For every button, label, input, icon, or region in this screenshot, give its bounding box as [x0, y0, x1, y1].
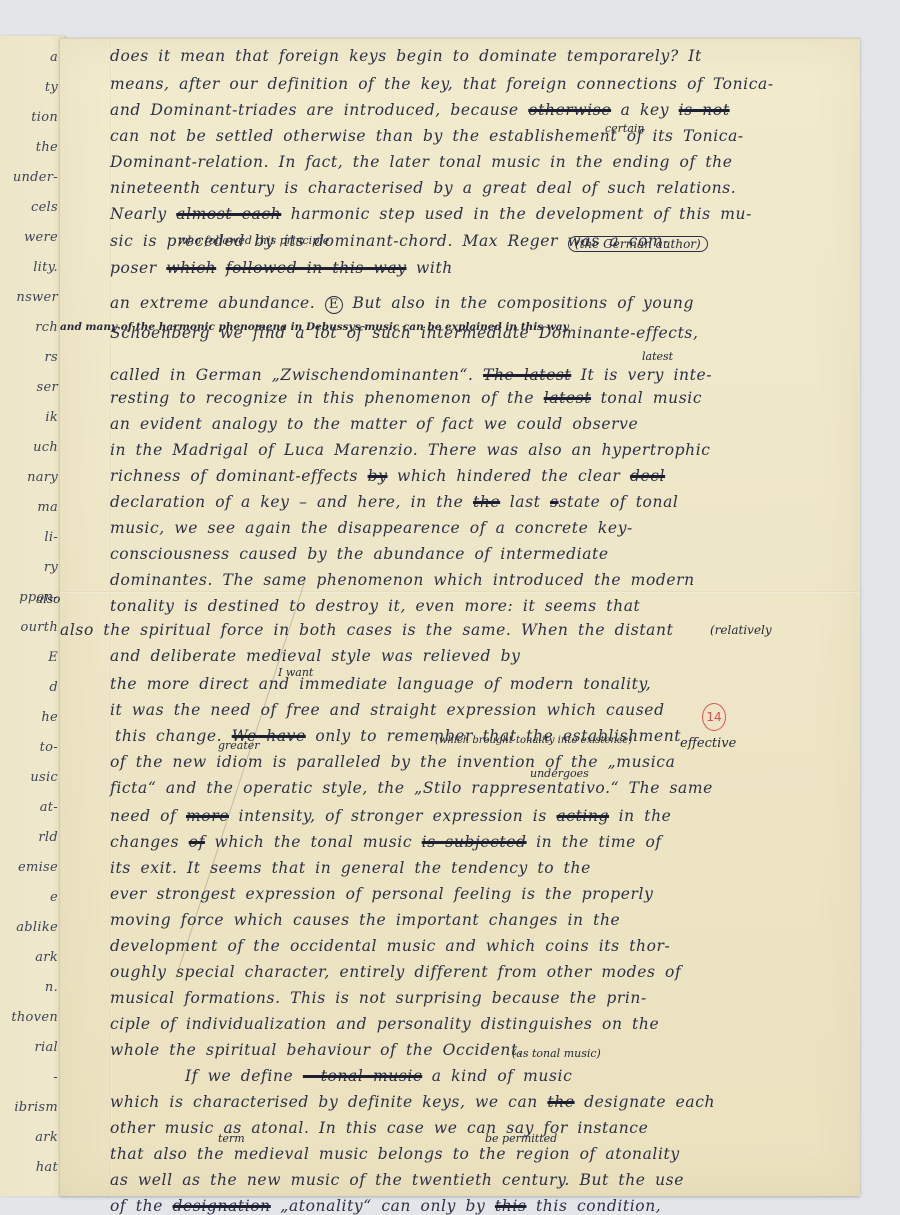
- manuscript-line: it was the need of free and straight exp…: [110, 701, 665, 719]
- manuscript-line: musical formations. This is not surprisi…: [110, 989, 647, 1007]
- underlying-text-fragment: usic: [30, 770, 58, 785]
- manuscript-line: its exit. It seems that in general the t…: [110, 859, 591, 877]
- manuscript-line: an evident analogy to the matter of fact…: [110, 415, 638, 433]
- manuscript-line: changes of which the tonal music is subj…: [110, 833, 662, 851]
- underlying-text-fragment: rs: [45, 350, 59, 365]
- line-text: last: [500, 493, 550, 511]
- manuscript-line: and Dominant-triades are introduced, bec…: [110, 101, 730, 119]
- manuscript-line: Schoenberg we find a lot of such interme…: [110, 324, 699, 342]
- insertion-relatively: (relatively: [710, 623, 772, 637]
- struck-text: the: [547, 1093, 574, 1111]
- line-text: tonal music: [591, 389, 702, 407]
- manuscript-line: which is characterised by definite keys,…: [110, 1093, 715, 1111]
- manuscript-line: does it mean that foreign keys begin to …: [110, 47, 702, 65]
- manuscript-line: sic is preceded by its dominant-chord. M…: [110, 232, 669, 250]
- underlying-text-fragment: under-: [13, 170, 58, 185]
- line-text: It is very inte-: [571, 366, 712, 384]
- underlying-text-fragment: ablike: [16, 920, 58, 935]
- manuscript-line: resting to recognize in this phenomenon …: [110, 389, 702, 407]
- line-text: only to remember that the establishment: [306, 727, 681, 745]
- struck-text: designation: [173, 1197, 271, 1215]
- line-text: But also in the compositions of young: [343, 294, 694, 312]
- insertion-as-tonal-music: (as tonal music): [512, 1047, 601, 1060]
- underlying-text-fragment: he: [41, 710, 58, 725]
- line-text: in the: [609, 807, 671, 825]
- struck-text: by: [368, 467, 388, 485]
- underlying-text-fragment: a: [50, 50, 58, 65]
- line-text: in the time of: [527, 833, 662, 851]
- underlying-text-fragment: were: [24, 230, 58, 245]
- line-text: need of: [110, 807, 186, 825]
- manuscript-line: ever strongest expression of personal fe…: [110, 885, 653, 903]
- struck-text: more: [186, 807, 229, 825]
- line-text: this condition,: [526, 1197, 661, 1215]
- line-text: with: [407, 259, 453, 277]
- underlying-text-fragment: to-: [40, 740, 58, 755]
- underlying-text-fragment: n.: [45, 980, 58, 995]
- manuscript-line: can not be settled otherwise than by the…: [110, 127, 744, 145]
- underlying-text-fragment: -: [53, 1070, 58, 1085]
- underlying-text-fragment: d: [49, 680, 58, 695]
- manuscript-line: and deliberate medieval style was reliev…: [110, 647, 520, 665]
- struck-text: is not: [679, 101, 730, 119]
- manuscript-line: of the new idiom is paralleled by the in…: [110, 753, 675, 771]
- struck-text: decl: [630, 467, 665, 485]
- line-text: Nearly: [110, 205, 176, 223]
- manuscript-line: of the designation „atonality“ can only …: [110, 1197, 661, 1215]
- insertion-latest: latest: [642, 350, 673, 363]
- manuscript-line: consciousness caused by the abundance of…: [110, 545, 609, 563]
- underlying-text-fragment: ik: [45, 410, 58, 425]
- struck-text: of: [189, 833, 205, 851]
- line-text: which is characterised by definite keys,…: [110, 1093, 547, 1111]
- underlying-text-fragment: ma: [37, 500, 58, 515]
- line-text: richness of dominant-effects: [110, 467, 368, 485]
- line-text: harmonic step used in the development of…: [281, 205, 752, 223]
- underlying-text-fragment: thoven: [11, 1010, 58, 1025]
- line-text: poser: [110, 259, 166, 277]
- struck-text: The latest: [483, 366, 571, 384]
- line-text: an extreme abundance.: [110, 294, 325, 312]
- struck-text: is subjected: [422, 833, 527, 851]
- underlying-text-fragment: lity.: [33, 260, 58, 275]
- line-text: a kind of music: [422, 1067, 572, 1085]
- struck-text: otherwise: [528, 101, 611, 119]
- underlying-text-fragment: ty: [45, 80, 58, 95]
- struck-text: acting: [556, 807, 609, 825]
- underlying-text-fragment: ser: [37, 380, 58, 395]
- struck-text: this: [495, 1197, 527, 1215]
- underlying-text-fragment: rld: [38, 830, 58, 845]
- manuscript-line: declaration of a key – and here, in the …: [110, 493, 678, 511]
- manuscript-line: ciple of individualization and personali…: [110, 1015, 659, 1033]
- underlying-text-fragment: e: [50, 890, 58, 905]
- margin-also: also: [36, 592, 60, 606]
- underlying-page-fragment: atytiontheunder-celswerelity.nswerrchrss…: [0, 36, 65, 1196]
- manuscript-sheet: certain who followed this principle (the…: [60, 38, 860, 1196]
- manuscript-line: tonality is destined to destroy it, even…: [110, 597, 640, 615]
- manuscript-line: also the spiritual force in both cases i…: [60, 621, 673, 639]
- manuscript-line: oughly special character, entirely diffe…: [110, 963, 681, 981]
- underlying-text-fragment: ibrism: [14, 1100, 58, 1115]
- line-text: which the tonal music: [205, 833, 422, 851]
- insertion-effective: effective: [680, 736, 736, 751]
- underlying-text-fragment: nary: [27, 470, 58, 485]
- line-text: a key: [611, 101, 679, 119]
- struck-text: the: [473, 493, 500, 511]
- line-text: which hindered the clear: [388, 467, 630, 485]
- underlying-text-fragment: E: [48, 650, 58, 665]
- manuscript-line: called in German „Zwischendominanten“. T…: [110, 366, 712, 384]
- line-text: changes: [110, 833, 189, 851]
- manuscript-line: as well as the new music of the twentiet…: [110, 1171, 684, 1189]
- manuscript-line: this change. We have only to remember th…: [115, 727, 681, 745]
- underlying-text-fragment: ark: [35, 950, 58, 965]
- struck-text: which: [166, 259, 216, 277]
- manuscript-line: Dominant-relation. In fact, the later to…: [110, 153, 733, 171]
- manuscript-line: an extreme abundance. E But also in the …: [110, 294, 694, 314]
- underlying-text-fragment: uch: [33, 440, 58, 455]
- manuscript-line: that also the medieval music belongs to …: [110, 1145, 680, 1163]
- underlying-text-fragment: ry: [44, 560, 58, 575]
- underlying-text-fragment: at-: [40, 800, 58, 815]
- underlying-text-fragment: cels: [31, 200, 58, 215]
- line-text: this change.: [115, 727, 232, 745]
- manuscript-line: development of the occidental music and …: [110, 937, 670, 955]
- manuscript-line: ficta“ and the operatic style, the „Stil…: [110, 779, 713, 797]
- line-text: designate each: [575, 1093, 716, 1111]
- line-text: of the: [110, 1197, 173, 1215]
- manuscript-line: in the Madrigal of Luca Marenzio. There …: [110, 441, 711, 459]
- struck-text: almost each: [176, 205, 281, 223]
- manuscript-line: richness of dominant-effects by which hi…: [110, 467, 665, 485]
- line-text: state of tonal: [559, 493, 679, 511]
- struck-text: followed in this way: [226, 259, 407, 277]
- underlying-text-fragment: rial: [35, 1040, 58, 1055]
- manuscript-line: If we define – tonal music a kind of mus…: [185, 1067, 572, 1085]
- struck-text: – tonal music: [303, 1067, 422, 1085]
- manuscript-line: the more direct and immediate language o…: [110, 675, 651, 693]
- manuscript-line: other music as atonal. In this case we c…: [110, 1119, 648, 1137]
- line-text: intensity, of stronger expression is: [229, 807, 556, 825]
- manuscript-line: means, after our definition of the key, …: [110, 75, 774, 93]
- struck-text: We have: [232, 727, 306, 745]
- manuscript-line: need of more intensity, of stronger expr…: [110, 807, 671, 825]
- struck-text: latest: [544, 389, 591, 407]
- line-text: declaration of a key – and here, in the: [110, 493, 473, 511]
- underlying-text-fragment: the: [36, 140, 58, 155]
- underlying-text-fragment: emise: [18, 860, 58, 875]
- line-text: called in German „Zwischendominanten“.: [110, 366, 483, 384]
- scan-background: atytiontheunder-celswerelity.nswerrchrss…: [0, 0, 900, 1215]
- underlying-text-fragment: ourth: [20, 620, 58, 635]
- manuscript-line: dominantes. The same phenomenon which in…: [110, 571, 695, 589]
- underlying-text-fragment: nswer: [16, 290, 58, 305]
- struck-text: s: [550, 493, 559, 511]
- underlying-text-fragment: ark: [35, 1130, 58, 1145]
- underlying-text-fragment: rch: [35, 320, 58, 335]
- line-text: If we define: [185, 1067, 303, 1085]
- line-text: „atonality“ can only by: [271, 1197, 495, 1215]
- manuscript-line: moving force which causes the important …: [110, 911, 620, 929]
- circled-mark: E: [325, 296, 343, 314]
- line-text: resting to recognize in this phenomenon …: [110, 389, 544, 407]
- underlying-text-fragment: li-: [44, 530, 58, 545]
- manuscript-line: poser which followed in this way with: [110, 259, 453, 277]
- page-number-mark: 14: [702, 703, 726, 731]
- manuscript-line: music, we see again the disappearence of…: [110, 519, 633, 537]
- manuscript-line: whole the spiritual behaviour of the Occ…: [110, 1041, 523, 1059]
- manuscript-line: Nearly almost each harmonic step used in…: [110, 205, 752, 223]
- underlying-text-fragment: tion: [31, 110, 58, 125]
- underlying-text-fragment: hat: [36, 1160, 58, 1175]
- manuscript-line: nineteenth century is characterised by a…: [110, 179, 736, 197]
- line-text: [216, 259, 226, 277]
- horizontal-fold-crease: [60, 591, 860, 593]
- line-text: and Dominant-triades are introduced, bec…: [110, 101, 528, 119]
